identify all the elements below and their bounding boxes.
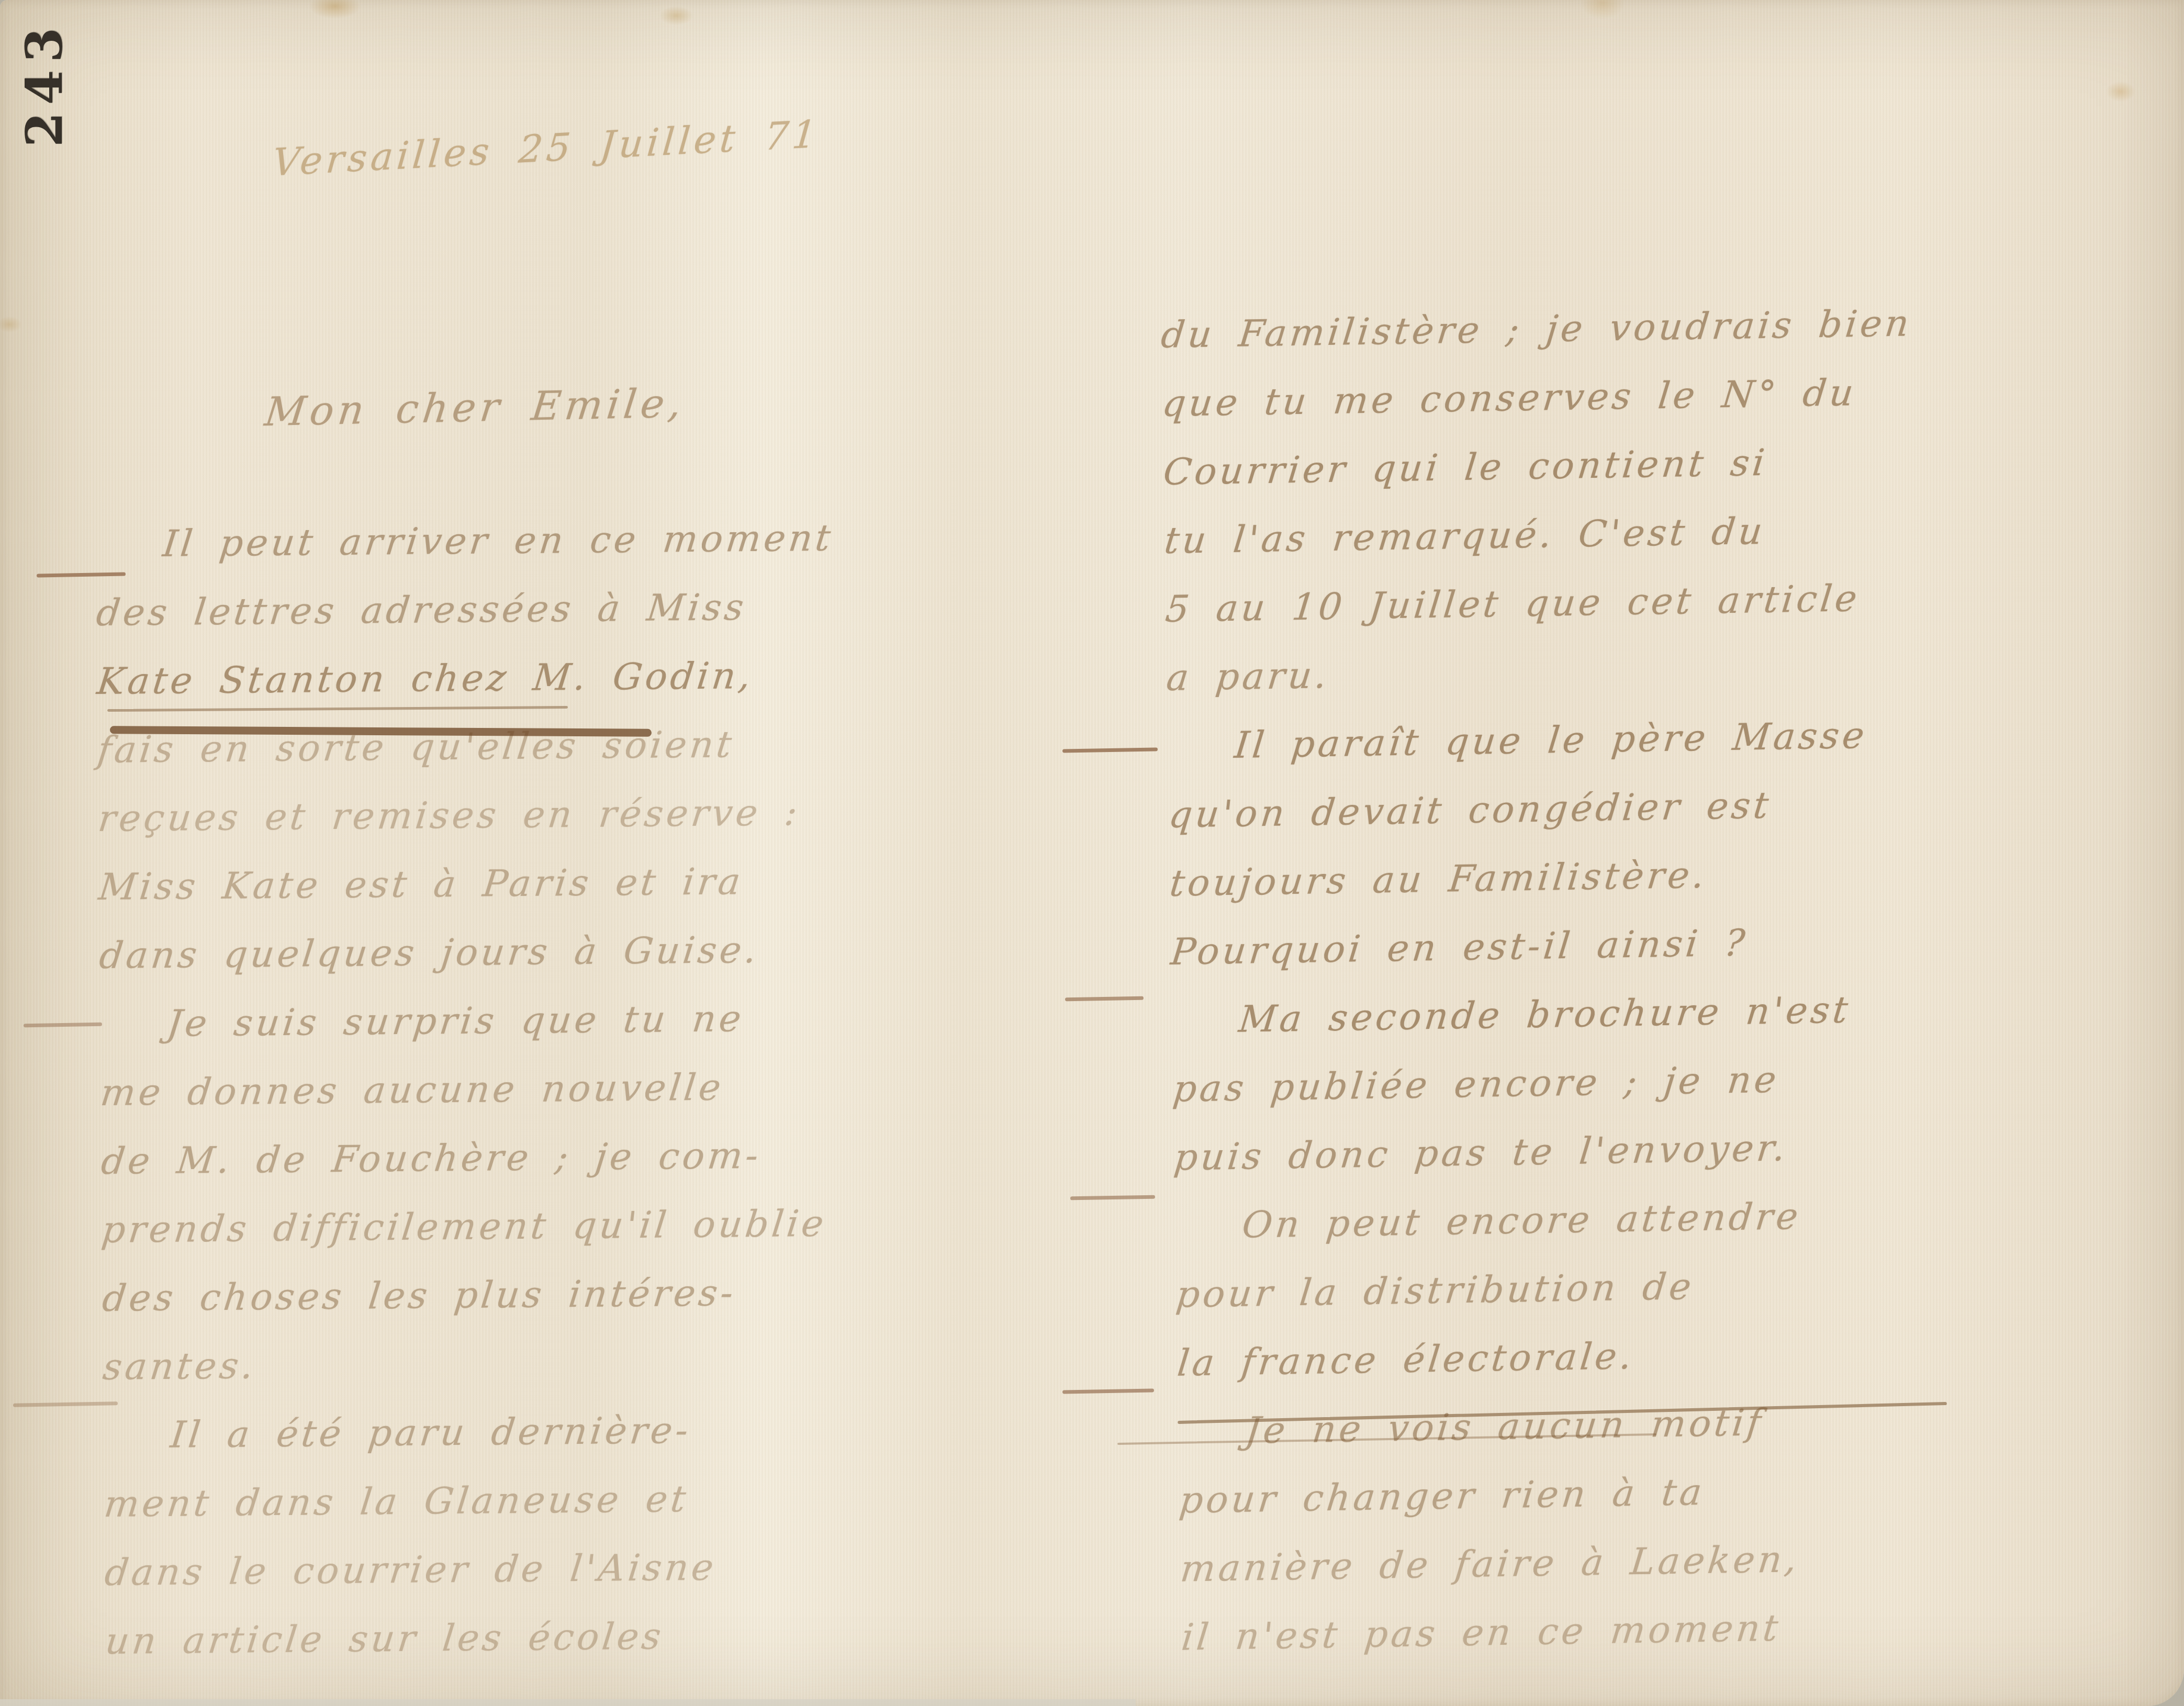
letter-column-left: Il peut arriver en ce momentdes lettres … [96, 504, 843, 1676]
letter-page: 243 Versailles 25 Juillet 71 Mon cher Em… [0, 0, 2184, 1706]
handwriting-line: tu l'as remarqué. C'est du [1161, 495, 1919, 575]
paragraph-dash [1070, 1195, 1155, 1200]
paragraph-dash [1062, 1388, 1154, 1394]
paragraph-dash [1065, 996, 1144, 1002]
handwriting-line: du Familistère ; je voudrais bien [1158, 289, 1916, 369]
letter-column-right: du Familistère ; je voudrais bienque tu … [1161, 289, 1933, 1671]
handwriting-line: me donnes aucune nouvelle [97, 1052, 842, 1127]
handwriting-line: Ma seconde brochure n'est [1169, 974, 1927, 1055]
handwriting-line: Kate Stanton chez M. Godin, [93, 641, 838, 716]
handwriting-line: pour changer rien à ta [1176, 1454, 1934, 1535]
handwriting-line: prends difficilement qu'il oublie [98, 1189, 844, 1264]
dateline: Versailles 25 Juillet 71 [271, 111, 822, 184]
handwriting-line: Je ne vois aucun motif [1175, 1386, 1933, 1466]
paragraph-dash [13, 1401, 118, 1407]
handwriting-line: reçues et remises en réserve : [95, 778, 840, 853]
handwriting-line: Il a été paru dernière- [100, 1395, 845, 1470]
handwriting-line: Miss Kate est à Paris et ira [95, 847, 841, 922]
handwriting-line: des lettres adressées à Miss [93, 573, 838, 647]
handwriting-line: Je suis surpris que tu ne [96, 984, 842, 1059]
handwriting-line: la france électorale. [1174, 1317, 1932, 1398]
page-number-stamp: 243 [16, 10, 73, 157]
handwriting-line: pas publiée encore ; je ne [1170, 1043, 1928, 1124]
handwriting-line: de M. de Fouchère ; je com- [97, 1121, 843, 1196]
handwriting-line: qu'on devait congédier est [1165, 769, 1923, 849]
paragraph-dash [1062, 747, 1158, 753]
handwriting-line: ment dans la Glaneuse et [100, 1464, 846, 1539]
handwriting-line: Pourquoi en est-il ainsi ? [1168, 906, 1925, 986]
handwriting-line: toujours au Familistère. [1166, 837, 1924, 918]
paragraph-dash [24, 1023, 102, 1028]
handwriting-line: dans le courrier de l'Aisne [101, 1532, 846, 1607]
handwriting-line: que tu me conserves le N° du [1159, 357, 1917, 438]
handwriting-line: puis donc pas te l'envoyer. [1171, 1112, 1929, 1192]
handwriting-line: un article sur les écoles [102, 1601, 847, 1676]
handwriting-line: Il peut arriver en ce moment [92, 504, 837, 579]
handwriting-line: manière de faire à Laeken, [1177, 1523, 1935, 1603]
handwriting-line: fais en sorte qu'elles soient [94, 710, 839, 784]
handwriting-line: On peut encore attendre [1172, 1180, 1930, 1261]
handwriting-line: Il paraît que le père Masse [1164, 700, 1922, 781]
salutation: Mon cher Emile, [262, 379, 688, 435]
scanner-edge-strip [0, 1699, 1136, 1706]
handwriting-line: Courrier qui le contient si [1160, 426, 1918, 507]
handwriting-line: 5 au 10 Juillet que cet article [1162, 563, 1920, 644]
handwriting-line: pour la distribution de [1173, 1249, 1931, 1329]
handwriting-line: des choses les plus intéres- [99, 1258, 844, 1333]
handwriting-line: santes. [99, 1327, 845, 1401]
handwriting-line: il n'est pas en ce moment [1178, 1591, 1936, 1672]
handwriting-line: a paru. [1163, 632, 1921, 712]
handwriting-line: dans quelques jours à Guise. [96, 915, 841, 990]
